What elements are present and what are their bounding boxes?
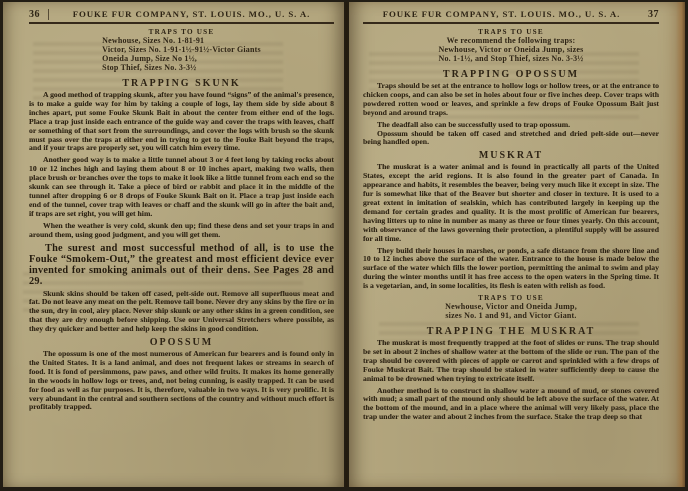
section-heading-opossum: OPOSSUM bbox=[29, 337, 334, 348]
page-number: 36 bbox=[29, 9, 49, 20]
body-paragraph: The opossum is one of the most numerous … bbox=[29, 350, 334, 412]
traps-box-lines: Newhouse, Victor and Oneida Jump, sizes … bbox=[445, 302, 577, 320]
body-paragraph: The muskrat is most frequently trapped a… bbox=[363, 339, 659, 384]
page-36: 36 FOUKE FUR COMPANY, ST. LOUIS. MO., U.… bbox=[3, 2, 344, 487]
section-heading-trapping-skunk: TRAPPING SKUNK bbox=[29, 78, 334, 89]
book-spread: 36 FOUKE FUR COMPANY, ST. LOUIS. MO., U.… bbox=[3, 2, 685, 487]
body-paragraph: Another method is to construct in shallo… bbox=[363, 387, 659, 423]
traps-line: sizes No. 1 and 91, and Victor Giant. bbox=[445, 311, 577, 320]
header-rule bbox=[363, 22, 659, 24]
traps-line: No. 1-1½, and Stop Thief, sizes No. 3-3½ bbox=[439, 54, 584, 63]
running-head: FOUKE FUR COMPANY, ST. LOUIS. MO., U. S.… bbox=[363, 9, 640, 19]
traps-to-use-box: TRAPS TO USE Newhouse, Victor and Oneida… bbox=[363, 294, 659, 323]
traps-box-title: TRAPS TO USE bbox=[29, 28, 334, 36]
body-paragraph: When the weather is very cold, skunk den… bbox=[29, 222, 334, 240]
traps-line: Newhouse, Sizes No. 1-81-91 bbox=[102, 36, 261, 45]
body-paragraph: Another good way is to make a little tun… bbox=[29, 156, 334, 218]
traps-box-title: TRAPS TO USE bbox=[363, 294, 659, 302]
section-heading-trapping-the-muskrat: TRAPPING THE MUSKRAT bbox=[363, 326, 659, 337]
traps-box-lines: Newhouse, Sizes No. 1-81-91 Victor, Size… bbox=[102, 36, 261, 72]
traps-to-use-box: TRAPS TO USE Newhouse, Sizes No. 1-81-91… bbox=[29, 28, 334, 75]
body-paragraph: Skunk skins should be taken off cased, p… bbox=[29, 290, 334, 335]
page-number: 37 bbox=[640, 9, 659, 20]
traps-line: Newhouse, Victor and Oneida Jump, bbox=[445, 302, 577, 311]
traps-line: Stop Thief, Sizes No. 3-3½ bbox=[102, 63, 261, 72]
highlight-paragraph-smokem-out: The surest and most successful method of… bbox=[29, 243, 334, 287]
running-head: FOUKE FUR COMPANY, ST. LOUIS. MO., U. S.… bbox=[49, 9, 334, 19]
traps-box-title: TRAPS TO USE bbox=[363, 28, 659, 36]
traps-line: Victor, Sizes No. 1-91-1½-91½-Victor Gia… bbox=[102, 45, 261, 54]
section-heading-muskrat: MUSKRAT bbox=[363, 150, 659, 161]
traps-line: Newhouse, Victor or Oneida Jump, sizes bbox=[439, 45, 584, 54]
body-paragraph: Traps should be set at the entrance to h… bbox=[363, 82, 659, 118]
page-header: 36 FOUKE FUR COMPANY, ST. LOUIS. MO., U.… bbox=[29, 9, 334, 20]
traps-to-use-box: TRAPS TO USE We recommend the following … bbox=[363, 28, 659, 66]
traps-line: Oneida Jump, Size No 1½, bbox=[102, 54, 261, 63]
section-heading-trapping-opossum: TRAPPING OPOSSUM bbox=[363, 69, 659, 80]
page-header: FOUKE FUR COMPANY, ST. LOUIS. MO., U. S.… bbox=[363, 9, 659, 20]
body-paragraph: Opossum should be taken off cased and st… bbox=[363, 130, 659, 148]
body-paragraph: The muskrat is a water animal and is fou… bbox=[363, 163, 659, 243]
traps-box-lines: We recommend the following traps: Newhou… bbox=[439, 36, 584, 63]
traps-line: We recommend the following traps: bbox=[439, 36, 584, 45]
body-paragraph: They build their houses in marshes, or p… bbox=[363, 247, 659, 292]
header-rule bbox=[29, 22, 334, 24]
body-paragraph: A good method of trapping skunk, after y… bbox=[29, 91, 334, 153]
page-37: FOUKE FUR COMPANY, ST. LOUIS. MO., U. S.… bbox=[349, 2, 685, 487]
